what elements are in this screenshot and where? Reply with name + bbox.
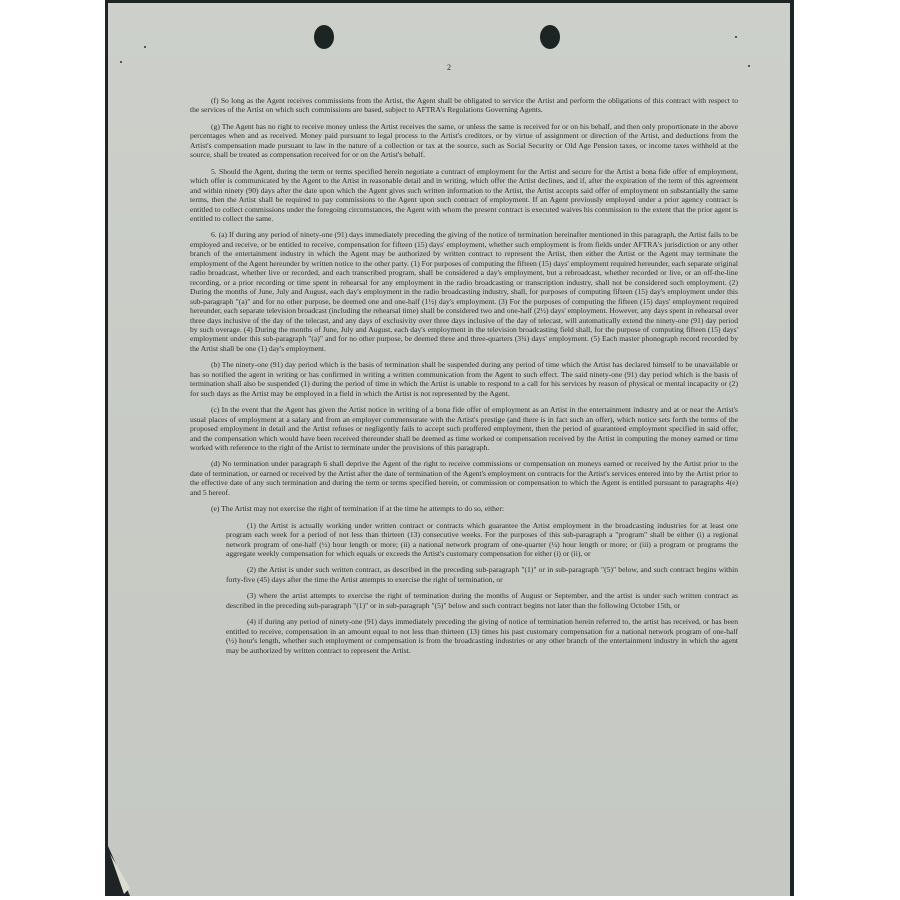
paragraph-6d: (d) No termination under paragraph 6 sha… — [190, 459, 738, 497]
paragraph-4f: (f) So long as the Agent receives commis… — [190, 96, 738, 115]
paragraph-6c: (c) In the event that the Agent has give… — [190, 405, 738, 452]
paragraph-6e-1: (1) the Artist is actually working under… — [226, 521, 738, 559]
speck-mark — [144, 46, 146, 48]
paragraph-6e-4: (4) if during any period of ninety-one (… — [226, 617, 738, 655]
paragraph-6e-3: (3) where the artist attempts to exercis… — [226, 591, 738, 610]
paragraph-6b: (b) The ninety-one (91) day period which… — [190, 360, 738, 398]
punch-hole — [314, 25, 334, 49]
document-body: (f) So long as the Agent receives commis… — [190, 96, 738, 662]
speck-mark — [735, 36, 737, 38]
punch-hole — [540, 25, 560, 49]
paragraph-4g: (g) The Agent has no right to receive mo… — [190, 122, 738, 160]
paragraph-6a: 6. (a) If during any period of ninety-on… — [190, 230, 738, 353]
paragraph-5: 5. Should the Agent, during the term or … — [190, 167, 738, 224]
paragraph-6e: (e) The Artist may not exercise the righ… — [190, 504, 738, 513]
document-page: 2 (f) So long as the Agent receives comm… — [108, 3, 790, 896]
page-number: 2 — [108, 63, 790, 72]
paragraph-6e-2: (2) the Artist is under such written con… — [226, 565, 738, 584]
